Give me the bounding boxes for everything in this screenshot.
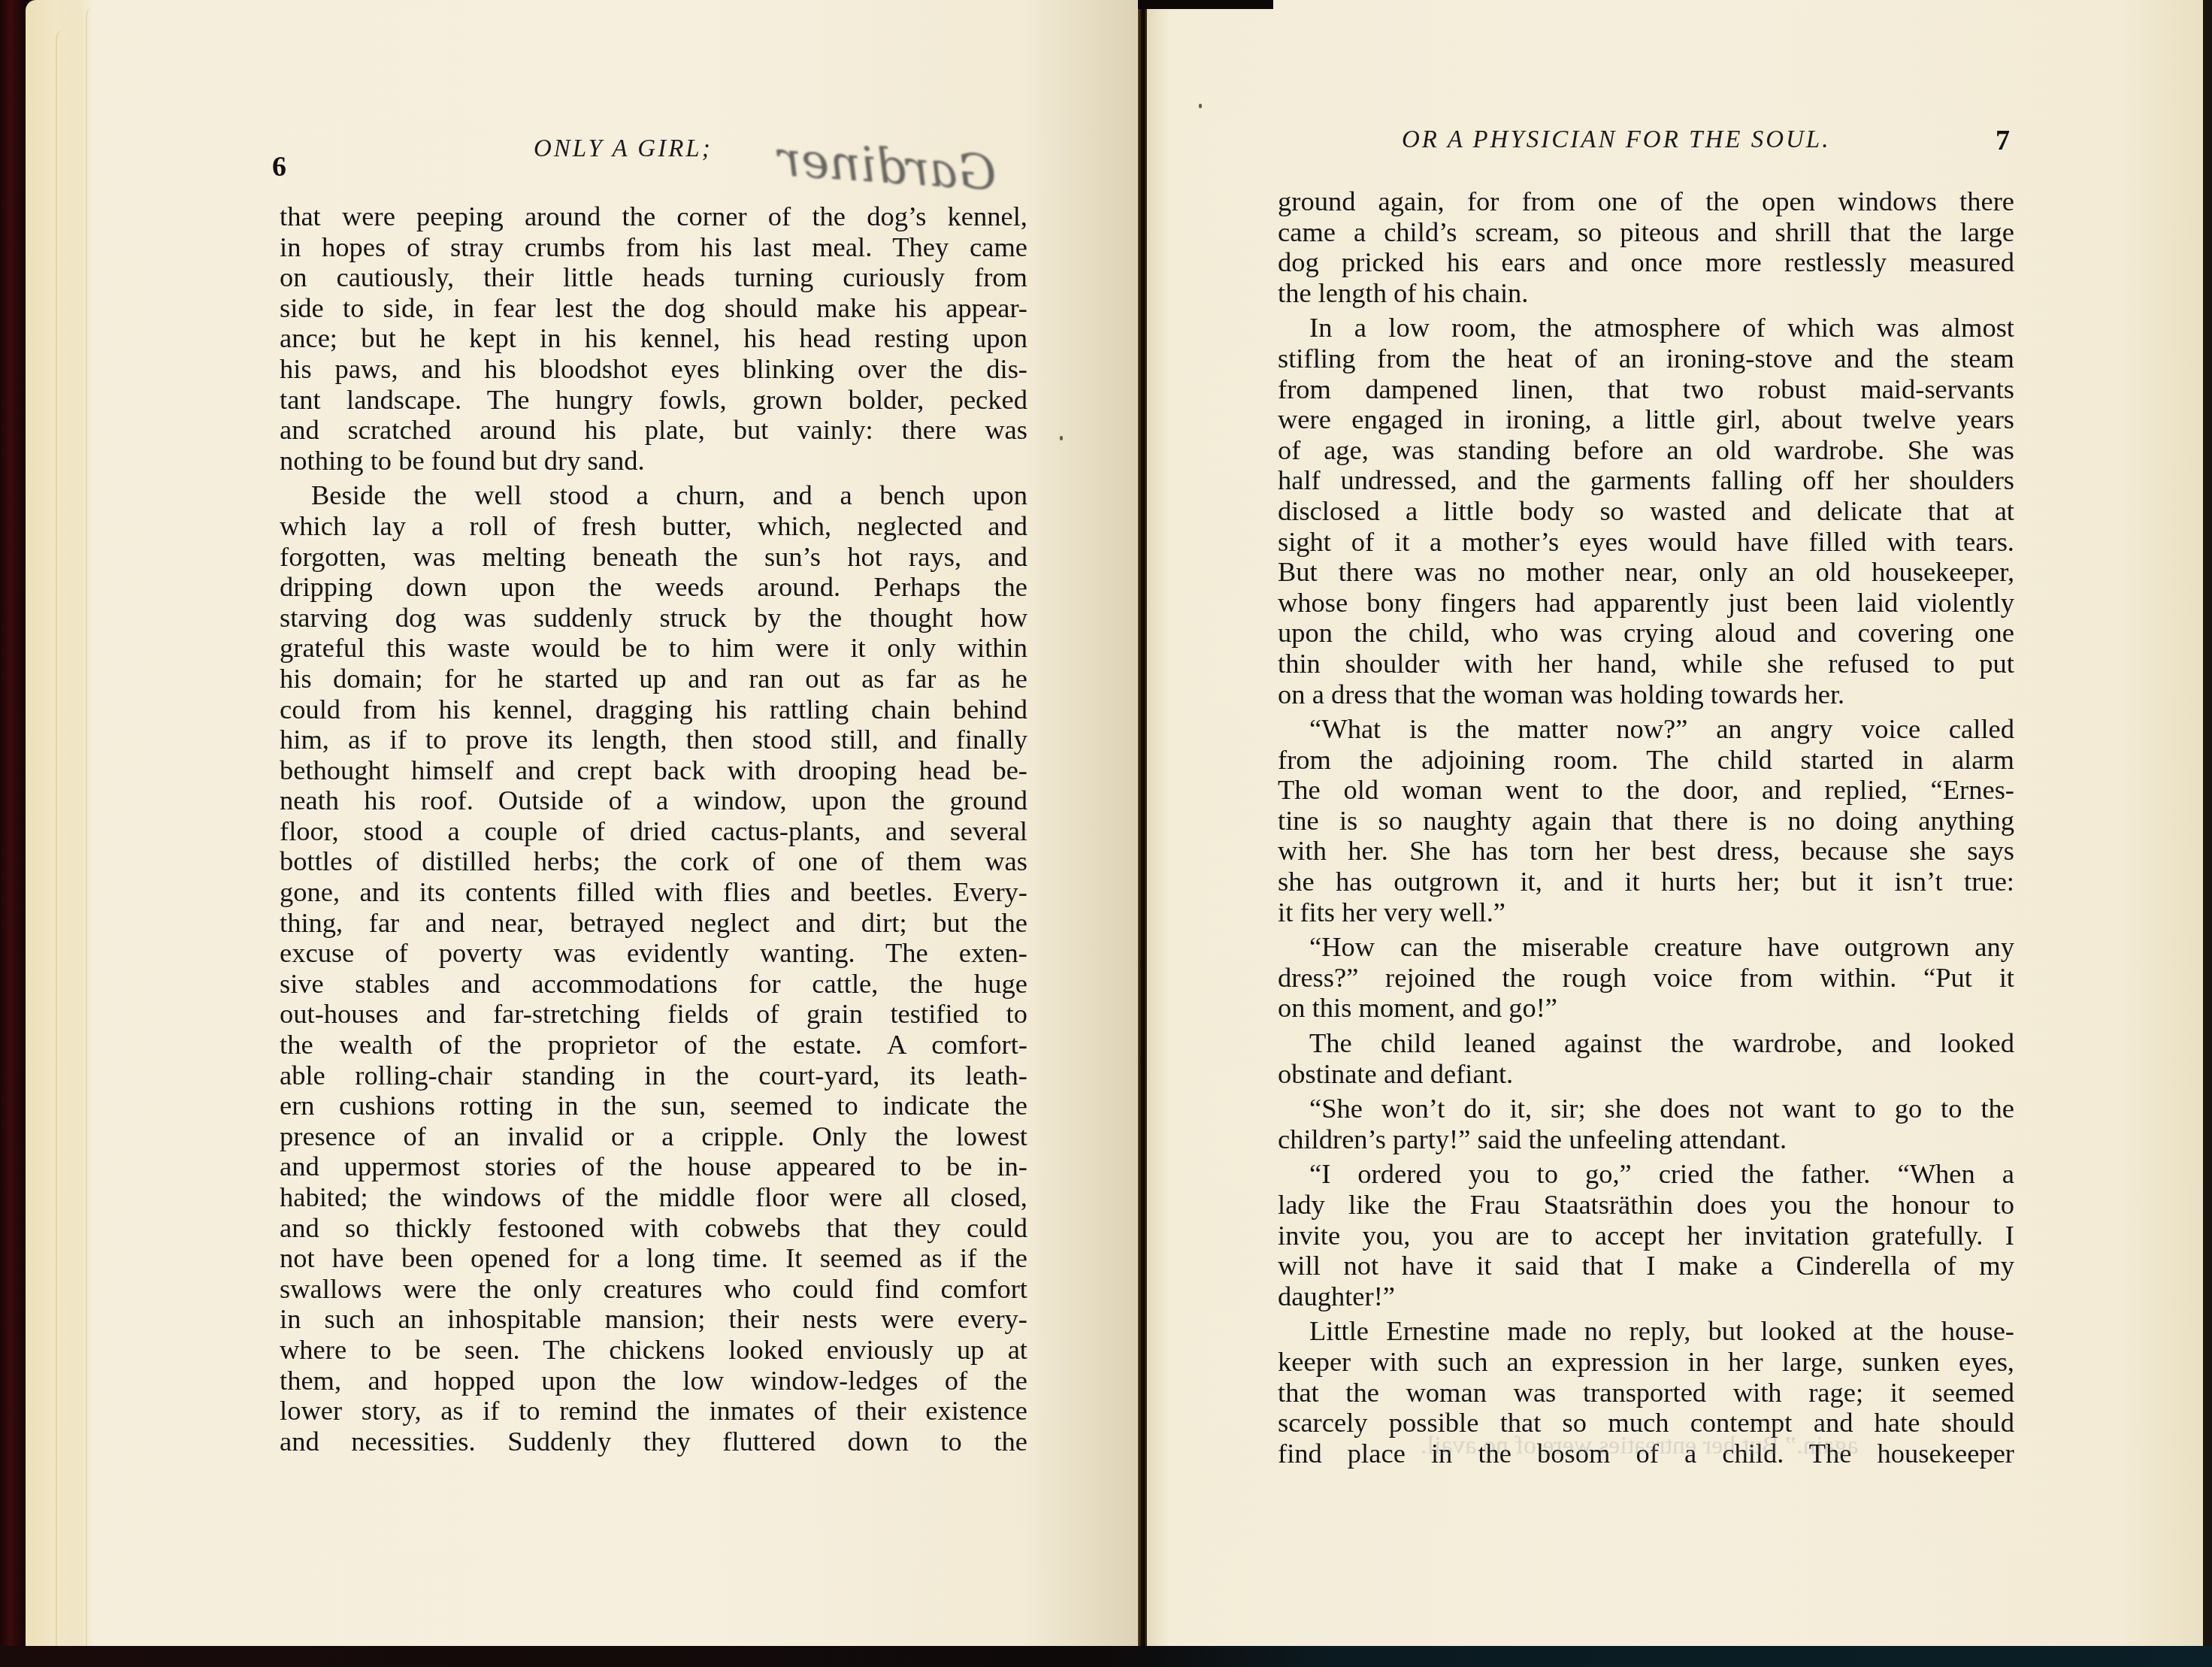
- text-line: on cautiously, their little heads turnin…: [280, 262, 1027, 293]
- text-line: she has outgrown it, and it hurts her; b…: [1278, 867, 2014, 897]
- text-line: could from his kennel, dragging his ratt…: [280, 694, 1027, 725]
- text-line: tant landscape. The hungry fowls, grown …: [280, 385, 1027, 416]
- text-line: In a low room, the atmosphere of which w…: [1278, 313, 2014, 343]
- text-line: and necessities. Suddenly they fluttered…: [280, 1426, 1027, 1457]
- text-line: which lay a roll of fresh butter, which,…: [280, 511, 1027, 542]
- text-line: ern cushions rotting in the sun, seemed …: [280, 1091, 1027, 1121]
- text-line: from the adjoining room. The child start…: [1278, 745, 2014, 776]
- text-line: dress?” rejoined the rough voice from wi…: [1278, 963, 2014, 994]
- text-line: and so thickly festooned with cobwebs th…: [280, 1213, 1027, 1244]
- text-line: dog pricked his ears and once more restl…: [1278, 247, 2014, 278]
- text-line: children’s party!” said the unfeeling at…: [1278, 1124, 2014, 1155]
- text-line: keeper with such an expression in her la…: [1278, 1347, 2014, 1378]
- left-running-head: ONLY A GIRL;: [534, 135, 713, 163]
- text-line: gone, and its contents filled with flies…: [280, 877, 1027, 908]
- text-line: obstinate and defiant.: [1278, 1059, 2014, 1090]
- right-page-number: 7: [1996, 124, 2010, 157]
- text-line: and scratched around his plate, but vain…: [280, 415, 1027, 446]
- text-line: out-houses and far-stretching fields of …: [280, 999, 1027, 1030]
- text-line: neath his roof. Outside of a window, upo…: [280, 785, 1027, 816]
- text-line: swallows were the only creatures who cou…: [280, 1274, 1027, 1305]
- paragraph: Beside the well stood a churn, and a ben…: [280, 480, 1027, 1457]
- text-line: in hopes of stray crumbs from his last m…: [280, 232, 1027, 263]
- text-line: ground again, for from one of the open w…: [1278, 186, 2014, 217]
- text-line: will not have it said that I make a Cind…: [1278, 1251, 2014, 1281]
- text-line: Beside the well stood a churn, and a ben…: [280, 480, 1027, 511]
- paragraph: “I ordered you to go,” cried the father.…: [1278, 1159, 2014, 1312]
- text-line: able rolling-chair standing in the court…: [280, 1060, 1027, 1091]
- text-line: from dampened linen, that two robust mai…: [1278, 374, 2014, 405]
- right-running-head: OR A PHYSICIAN FOR THE SOUL.: [1402, 126, 1830, 154]
- text-line: dripping down upon the weeds around. Per…: [280, 572, 1027, 603]
- text-line: were engaged in ironing, a little girl, …: [1278, 404, 2014, 435]
- text-line: came a child’s scream, so piteous and sh…: [1278, 217, 2014, 248]
- text-line: excuse of poverty was evidently wanting.…: [280, 938, 1027, 969]
- text-line: side to side, in fear lest the dog shoul…: [280, 293, 1027, 324]
- text-line: lower story, as if to remind the inmates…: [280, 1396, 1027, 1426]
- show-through-text: again.” But her entreaties were of no av…: [1421, 1432, 1858, 1460]
- text-line: half undressed, and the garments falling…: [1278, 465, 2014, 496]
- page-leaf-edge: [86, 8, 102, 1646]
- paragraph: The child leaned against the wardrobe, a…: [1278, 1028, 2014, 1089]
- text-line: habited; the windows of the middle floor…: [280, 1182, 1027, 1213]
- text-line: it fits her very well.”: [1278, 897, 2014, 928]
- text-line: “She won’t do it, sir; she does not want…: [1278, 1094, 2014, 1124]
- text-line: sight of it a mother’s eyes would have f…: [1278, 527, 2014, 558]
- text-line: not have been opened for a long time. It…: [280, 1243, 1027, 1274]
- text-line: of age, was standing before an old wardr…: [1278, 435, 2014, 466]
- scan-background: [0, 1646, 2212, 1667]
- text-line: bottles of distilled herbs; the cork of …: [280, 846, 1027, 877]
- text-line: on this moment, and go!”: [1278, 993, 2014, 1024]
- text-line: thin shoulder with her hand, while she r…: [1278, 649, 2014, 679]
- right-page-edge: [2203, 0, 2212, 1647]
- text-line: “I ordered you to go,” cried the father.…: [1278, 1159, 2014, 1190]
- text-line: his paws, and his bloodshot eyes blinkin…: [280, 354, 1027, 385]
- text-line: invite you, you are to accept her invita…: [1278, 1221, 2014, 1251]
- paragraph: ground again, for from one of the open w…: [1278, 186, 2014, 308]
- left-page-number: 6: [272, 150, 286, 183]
- paragraph: In a low room, the atmosphere of which w…: [1278, 313, 2014, 709]
- text-line: the wealth of the proprietor of the esta…: [280, 1030, 1027, 1060]
- page-leaf-edge: [56, 30, 80, 1646]
- paragraph: “What is the matter now?” an angry voice…: [1278, 714, 2014, 927]
- text-line: floor, stood a couple of dried cactus-pl…: [280, 816, 1027, 847]
- text-line: upon the child, who was crying aloud and…: [1278, 618, 2014, 649]
- text-line: that the woman was transported with rage…: [1278, 1378, 2014, 1408]
- text-line: Little Ernestine made no reply, but look…: [1278, 1316, 2014, 1347]
- text-line: disclosed a little body so wasted and de…: [1278, 496, 2014, 527]
- text-line: stifling from the heat of an ironing-sto…: [1278, 343, 2014, 374]
- paragraph: “She won’t do it, sir; she does not want…: [1278, 1094, 2014, 1154]
- paragraph: that were peeping around the corner of t…: [280, 201, 1027, 476]
- text-line: on a dress that the woman was holding to…: [1278, 679, 2014, 710]
- book-cover-edge: [0, 0, 26, 1667]
- right-page-body: ground again, for from one of the open w…: [1278, 186, 2014, 1469]
- text-line: where to be seen. The chickens looked en…: [280, 1335, 1027, 1366]
- text-line: his domain; for he started up and ran ou…: [280, 664, 1027, 694]
- text-line: “How can the miserable creature have out…: [1278, 932, 2014, 963]
- text-line: him, as if to prove its length, then sto…: [280, 725, 1027, 755]
- text-line: forgotten, was melting beneath the sun’s…: [280, 542, 1027, 573]
- text-line: But there was no mother near, only an ol…: [1278, 557, 2014, 588]
- text-line: whose bony fingers had apparently just b…: [1278, 588, 2014, 619]
- text-line: The old woman went to the door, and repl…: [1278, 775, 2014, 806]
- text-line: the length of his chain.: [1278, 278, 2014, 309]
- paper-speck: [1060, 436, 1063, 440]
- book-gutter-shadow: [1138, 0, 1273, 9]
- text-line: daughter!”: [1278, 1281, 2014, 1312]
- text-line: that were peeping around the corner of t…: [280, 201, 1027, 232]
- text-line: and uppermost stories of the house appea…: [280, 1151, 1027, 1182]
- text-line: with her. She has torn her best dress, b…: [1278, 836, 2014, 867]
- text-line: thing, far and near, betrayed neglect an…: [280, 908, 1027, 939]
- text-line: bethought himself and crept back with dr…: [280, 755, 1027, 786]
- text-line: grateful this waste would be to him were…: [280, 633, 1027, 664]
- paragraph: “How can the miserable creature have out…: [1278, 932, 2014, 1024]
- text-line: nothing to be found but dry sand.: [280, 446, 1027, 477]
- left-page-body: that were peeping around the corner of t…: [280, 201, 1027, 1457]
- book-gutter: [1138, 0, 1147, 1647]
- text-line: tine is so naughty again that there is n…: [1278, 806, 2014, 837]
- text-line: presence of an invalid or a cripple. Onl…: [280, 1121, 1027, 1152]
- text-line: The child leaned against the wardrobe, a…: [1278, 1028, 2014, 1059]
- paper-speck: [1199, 104, 1202, 108]
- text-line: in such an inhospitable mansion; their n…: [280, 1304, 1027, 1335]
- text-line: them, and hopped upon the low window-led…: [280, 1366, 1027, 1396]
- text-line: sive stables and accommodations for catt…: [280, 969, 1027, 1000]
- text-line: starving dog was suddenly struck by the …: [280, 603, 1027, 634]
- text-line: “What is the matter now?” an angry voice…: [1278, 714, 2014, 745]
- text-line: lady like the Frau Staatsräthin does you…: [1278, 1190, 2014, 1221]
- text-line: ance; but he kept in his kennel, his hea…: [280, 323, 1027, 354]
